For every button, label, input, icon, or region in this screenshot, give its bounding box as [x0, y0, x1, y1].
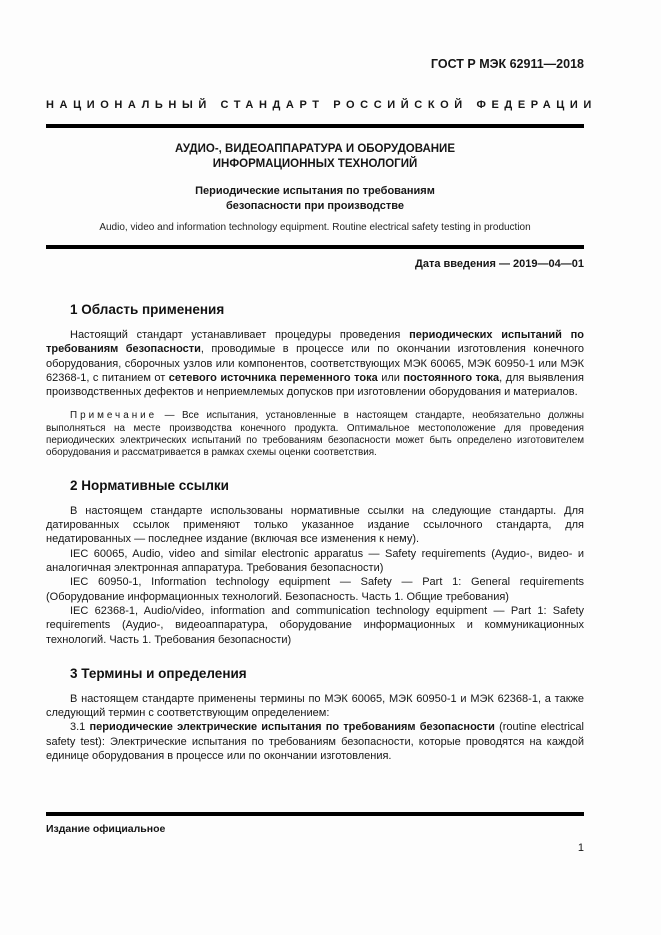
scope-text-1: Настоящий стандарт устанавливает процеду…	[70, 329, 409, 341]
document-subtitle-ru: Периодические испытания по требованиям б…	[46, 184, 584, 213]
scope-note: Примечание — Все испытания, установленны…	[46, 410, 584, 458]
reference-item-iec60950-1: IEC 60950-1, Information technology equi…	[46, 575, 584, 604]
references-intro-paragraph: В настоящем стандарте использованы норма…	[46, 504, 584, 547]
page-number: 1	[46, 842, 584, 854]
top-divider-rule	[46, 124, 584, 128]
term-number: 3.1	[70, 721, 89, 733]
national-standard-banner: НАЦИОНАЛЬНЫЙ СТАНДАРТ РОССИЙСКОЙ ФЕДЕРАЦ…	[46, 99, 584, 111]
reference-item-iec60065: IEC 60065, Audio, video and similar elec…	[46, 547, 584, 576]
official-edition-note: Издание официальное	[46, 823, 584, 835]
section-3-heading: 3 Термины и определения	[70, 665, 584, 683]
effective-date: Дата введения — 2019—04—01	[46, 258, 584, 270]
standard-page-body: ГОСТ Р МЭК 62911—2018 НАЦИОНАЛЬНЫЙ СТАНД…	[46, 0, 584, 763]
reference-item-iec62368-1: IEC 62368-1, Audio/video, information an…	[46, 604, 584, 647]
section-2-heading: 2 Нормативные ссылки	[70, 477, 584, 495]
document-subtitle-ru-line1: Периодические испытания по требованиям	[46, 184, 584, 199]
document-code: ГОСТ Р МЭК 62911—2018	[46, 57, 584, 71]
term-definition-paragraph: 3.1 периодические электрические испытани…	[46, 720, 584, 763]
document-title-ru: АУДИО-, ВИДЕОАППАРАТУРА И ОБОРУДОВАНИЕ И…	[46, 142, 584, 172]
terms-intro-paragraph: В настоящем стандарте применены термины …	[46, 692, 584, 721]
header-divider-rule	[46, 245, 584, 249]
scope-bold-ac-mains: сетевого источника переменного тока	[169, 372, 378, 384]
scope-text-3: или	[378, 372, 404, 384]
page-footer: Издание официальное 1	[46, 812, 584, 854]
section-1-heading: 1 Область применения	[70, 301, 584, 319]
scope-bold-dc: постоянного тока	[403, 372, 499, 384]
document-title-en: Audio, video and information technology …	[46, 222, 584, 233]
footer-divider-rule	[46, 812, 584, 816]
document-title-ru-line2: ИНФОРМАЦИОННЫХ ТЕХНОЛОГИЙ	[46, 157, 584, 172]
document-title-ru-line1: АУДИО-, ВИДЕОАППАРАТУРА И ОБОРУДОВАНИЕ	[46, 142, 584, 157]
scope-paragraph: Настоящий стандарт устанавливает процеду…	[46, 328, 584, 399]
document-subtitle-ru-line2: безопасности при производстве	[46, 199, 584, 214]
term-name-bold: периодические электрические испытания по…	[89, 721, 494, 733]
document-page: { "header": { "doc_code": "ГОСТ Р МЭК 62…	[0, 0, 661, 935]
note-label: Примечание	[70, 410, 157, 421]
